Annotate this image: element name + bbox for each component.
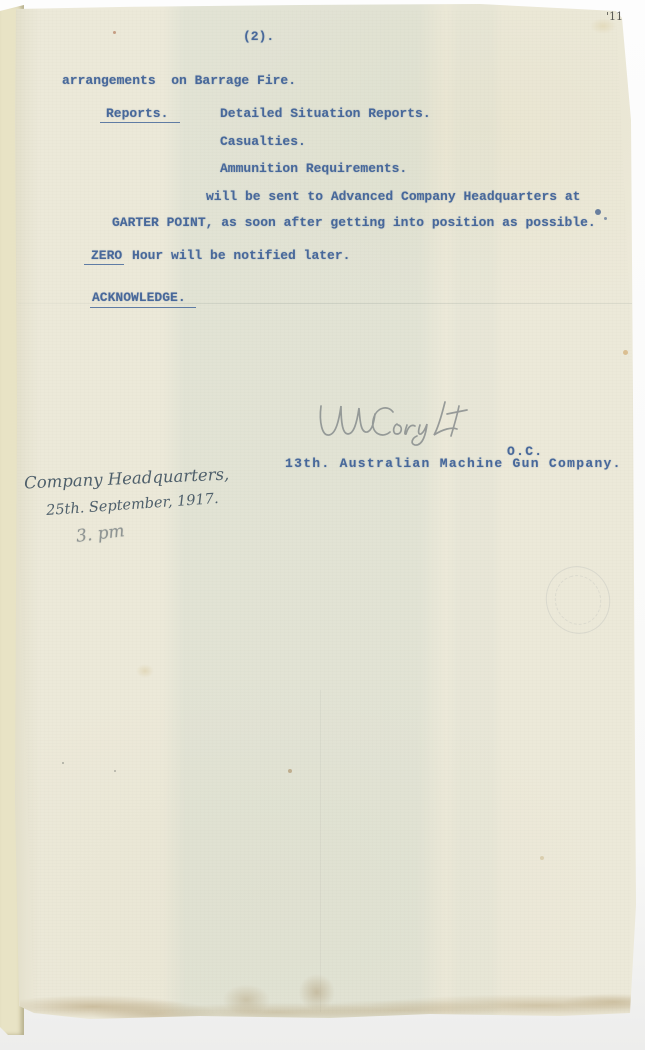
pencil-speck xyxy=(114,770,116,772)
pencil-speck xyxy=(62,762,64,764)
overtype-dash xyxy=(0,0,13,2)
signature xyxy=(315,396,493,450)
foxing-spot xyxy=(136,664,154,678)
foxing-spot xyxy=(288,769,292,773)
zero-hour-line: ZERO Hour will be notified later. xyxy=(84,248,350,263)
document-page: (2). arrangements on Barrage Fire. Repor… xyxy=(0,0,645,1050)
water-stain xyxy=(20,972,632,1020)
seam-line xyxy=(320,690,321,1012)
reports-detail: Detailed Situation Reports. xyxy=(220,106,431,121)
foxing-spot xyxy=(623,350,628,355)
ink-blot xyxy=(604,217,607,220)
page-number: (2). xyxy=(243,29,274,44)
handwritten-location: Company Headquarters, xyxy=(24,465,230,493)
fold-crease xyxy=(18,303,632,304)
company-line: 13th. Australian Machine Gun Company. xyxy=(285,456,622,471)
line-ammunition: Ammunition Requirements. xyxy=(220,161,407,176)
zero-word: ZERO xyxy=(84,248,124,265)
line-garter-point: GARTER POINT, as soon after getting into… xyxy=(112,215,596,230)
line-casualties: Casualties. xyxy=(220,134,306,149)
foxing-spot xyxy=(540,856,544,860)
foxing-spot xyxy=(113,31,116,34)
embossed-stamp xyxy=(537,558,619,642)
acknowledge-label: ACKNOWLEDGE. xyxy=(90,290,196,308)
line-will-be-sent: will be sent to Advanced Company Headqua… xyxy=(206,189,580,204)
handwritten-date: 25th. September, 1917. xyxy=(46,491,219,519)
reports-label: Reports. xyxy=(100,106,180,123)
ink-blot xyxy=(595,209,601,215)
handwritten-time: 3. pm xyxy=(75,521,126,547)
corner-annotation: '11 xyxy=(606,10,623,23)
zero-rest: Hour will be notified later. xyxy=(124,248,350,263)
signature-strokes xyxy=(315,396,493,450)
line-arrangements: arrangements on Barrage Fire. xyxy=(62,73,296,88)
